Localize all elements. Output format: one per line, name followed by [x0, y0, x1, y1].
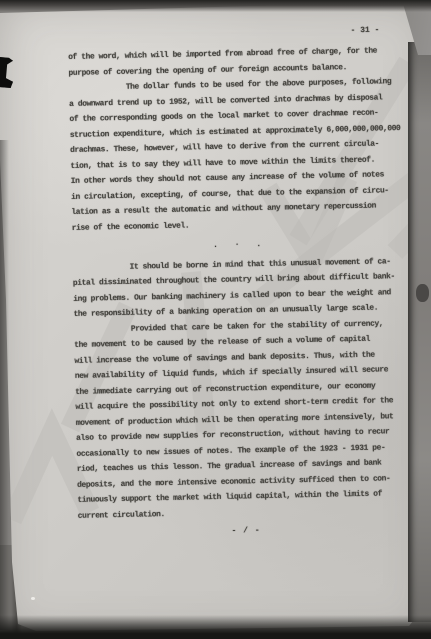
section-separator: . · .: [72, 234, 408, 257]
page-number: - 31 -: [340, 25, 390, 35]
bottom-scan-border: [0, 615, 431, 639]
top-scan-border: [0, 0, 431, 12]
document-text: of the word, which will be imported from…: [68, 43, 414, 542]
left-edge-shadow: [0, 140, 9, 630]
scanned-document-page: - 31 - of the word, which will be import…: [0, 0, 431, 639]
adjacent-page-edge: [408, 42, 431, 622]
paper-sheet: - 31 - of the word, which will be import…: [0, 0, 431, 639]
dust-speck: [31, 597, 35, 600]
right-edge-notch: [416, 284, 429, 302]
